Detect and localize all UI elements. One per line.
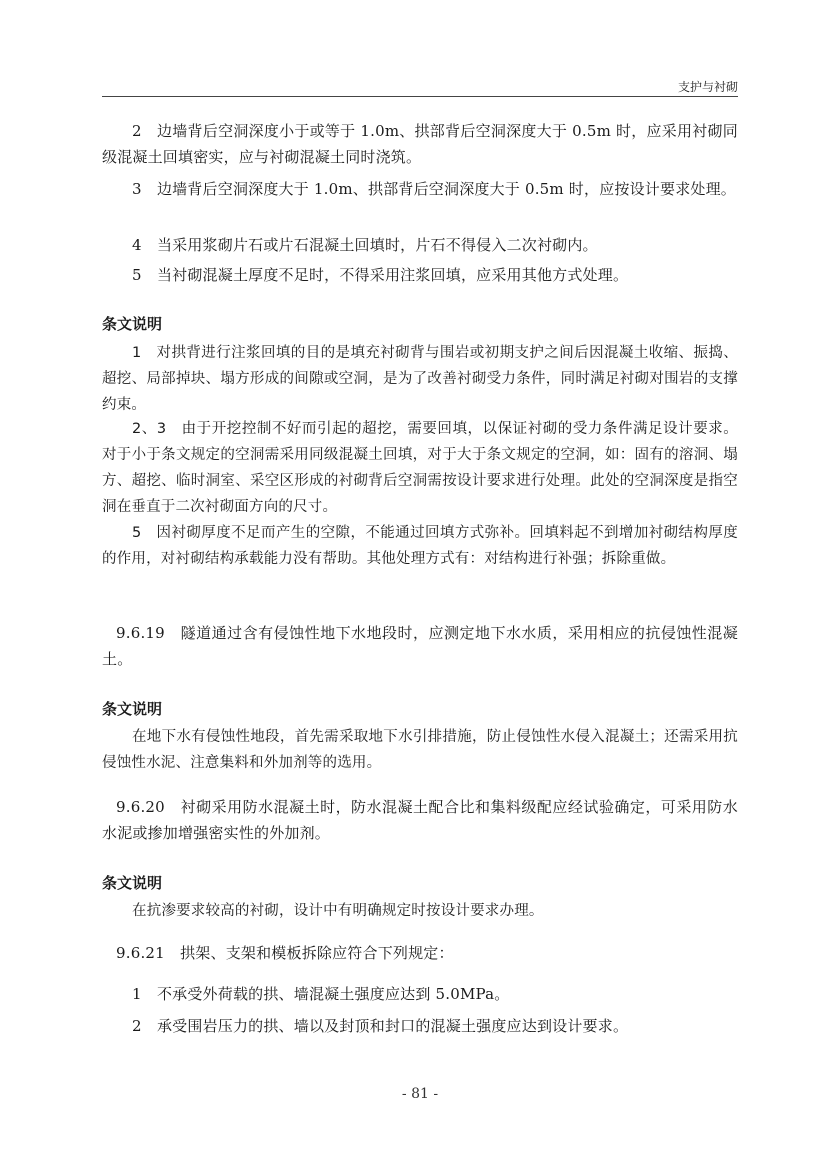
commentary-item-5: 5 因衬砌厚度不足而产生的空隙，不能通过回填方式弥补。回填料起不到增加衬砌结构厚… xyxy=(102,520,738,572)
clause-item-4: 4 当采用浆砌片石或片石混凝土回填时，片石不得侵入二次衬砌内。 xyxy=(102,232,738,258)
commentary-9-6-20: 在抗渗要求较高的衬砌，设计中有明确规定时按设计要求办理。 xyxy=(102,898,738,924)
header-rule xyxy=(102,96,738,97)
clause-item-3: 3 边墙背后空洞深度大于 1.0m、拱部背后空洞深度大于 0.5m 时，应按设计… xyxy=(102,176,738,202)
clause-9-6-20: 9.6.20 衬砌采用防水混凝土时，防水混凝土配合比和集料级配应经试验确定，可采… xyxy=(102,794,738,846)
commentary-item-2-3: 2、3 由于开挖控制不好而引起的超挖，需要回填，以保证衬砌的受力条件满足设计要求… xyxy=(102,416,738,520)
commentary-heading: 条文说明 xyxy=(102,872,162,893)
running-header: 支护与衬砌 xyxy=(678,78,738,95)
clause-9-6-21: 9.6.21 拱架、支架和模板拆除应符合下列规定： xyxy=(102,940,738,966)
commentary-heading: 条文说明 xyxy=(102,313,162,334)
commentary-item-1: 1 对拱背进行注浆回填的目的是填充衬砌背与围岩或初期支护之间后因混凝土收缩、振捣… xyxy=(102,340,738,418)
commentary-9-6-19: 在地下水有侵蚀性地段，首先需采取地下水引排措施，防止侵蚀性水侵入混凝土；还需采用… xyxy=(102,724,738,776)
page-number: - 81 - xyxy=(102,1086,738,1102)
clause-9-6-19: 9.6.19 隧道通过含有侵蚀性地下水地段时，应测定地下水水质，采用相应的抗侵蚀… xyxy=(102,620,738,672)
clause-9-6-21-item-2: 2 承受围岩压力的拱、墙以及封顶和封口的混凝土强度应达到设计要求。 xyxy=(102,1013,738,1039)
commentary-heading: 条文说明 xyxy=(102,698,162,719)
clause-item-2: 2 边墙背后空洞深度小于或等于 1.0m、拱部背后空洞深度大于 0.5m 时，应… xyxy=(102,118,738,170)
clause-9-6-21-item-1: 1 不承受外荷载的拱、墙混凝土强度应达到 5.0MPa。 xyxy=(102,981,738,1007)
clause-item-5: 5 当衬砌混凝土厚度不足时，不得采用注浆回填，应采用其他方式处理。 xyxy=(102,262,738,288)
